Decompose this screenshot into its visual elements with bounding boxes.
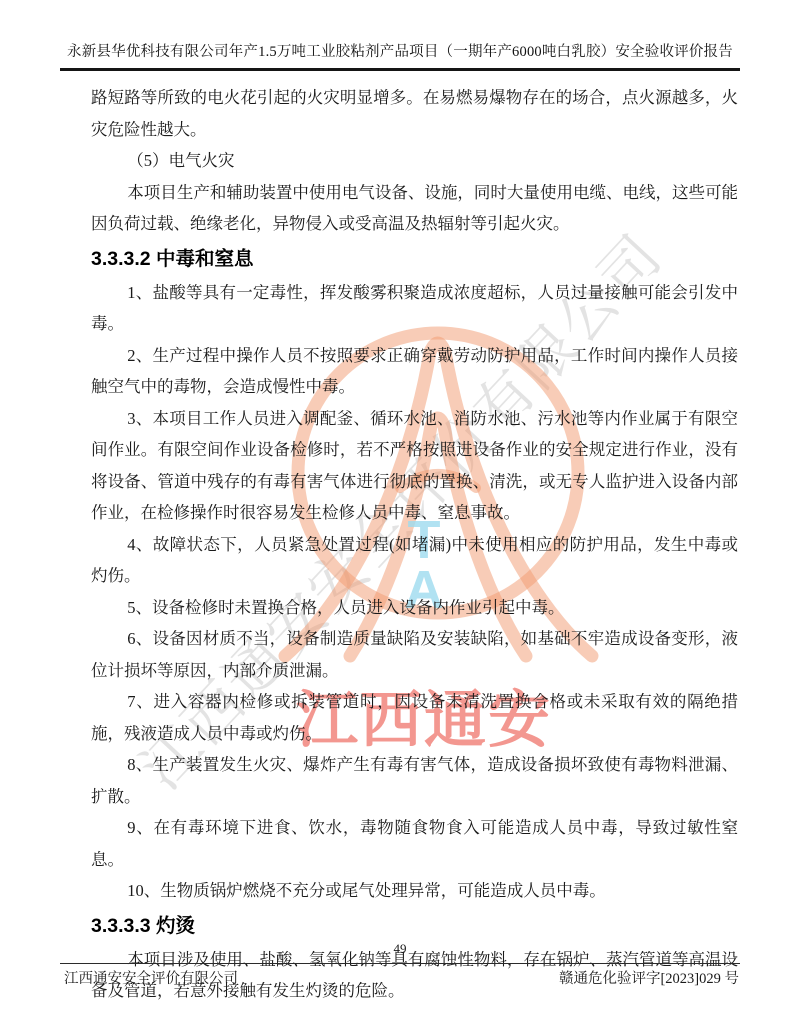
paragraph: 5、设备检修时未置换合格，人员进入设备内作业引起中毒。 (91, 592, 738, 624)
document-page: 江西通安安全评价有限公司 T A 江西通安 永新县华优科技有限公司年产1.5万吨… (0, 0, 800, 1035)
paragraph: 路短路等所致的电火花引起的火灾明显增多。在易燃易爆物存在的场合，点火源越多，火灾… (91, 82, 738, 145)
section-heading-3332: 3.3.3.2 中毒和窒息 (91, 243, 738, 275)
paragraph: 6、设备因材质不当，设备制造质量缺陷及安装缺陷，如基础不牢造成设备变形，液位计损… (91, 623, 738, 686)
footer-company: 江西通安安全评价有限公司 (64, 967, 238, 988)
paragraph: （5）电气火灾 (91, 145, 738, 177)
report-title: 永新县华优科技有限公司年产1.5万吨工业胶粘剂产品项目（一期年产6000吨白乳胶… (67, 44, 733, 60)
paragraph: 3、本项目工作人员进入调配釜、循环水池、消防水池、污水池等内作业属于有限空间作业… (91, 403, 738, 529)
footer-doc-number: 赣通危化验评字[2023]029 号 (559, 967, 739, 988)
document-body: 路短路等所致的电火花引起的火灾明显增多。在易燃易爆物存在的场合，点火源越多，火灾… (91, 82, 738, 1007)
paragraph: 2、生产过程中操作人员不按照要求正确穿戴劳动防护用品，工作时间内操作人员接触空气… (91, 340, 738, 403)
paragraph: 7、进入容器内检修或拆装管道时，因设备未清洗置换合格或未采取有效的隔绝措施，残液… (91, 686, 738, 749)
page-header: 永新县华优科技有限公司年产1.5万吨工业胶粘剂产品项目（一期年产6000吨白乳胶… (60, 40, 740, 71)
paragraph: 本项目生产和辅助装置中使用电气设备、设施，同时大量使用电缆、电线，这些可能因负荷… (91, 177, 738, 240)
paragraph: 9、在有毒环境下进食、饮水，毒物随食物食入可能造成人员中毒，导致过敏性窒息。 (91, 812, 738, 875)
paragraph: 1、盐酸等具有一定毒性，挥发酸雾积聚造成浓度超标，人员过量接触可能会引发中毒。 (91, 277, 738, 340)
footer-divider (60, 963, 740, 964)
paragraph: 10、生物质锅炉燃烧不充分或尾气处理异常，可能造成人员中毒。 (91, 875, 738, 907)
paragraph: 8、生产装置发生火灾、爆炸产生有毒有害气体，造成设备损坏致使有毒物料泄漏、扩散。 (91, 749, 738, 812)
paragraph: 4、故障状态下，人员紧急处置过程(如堵漏)中未使用相应的防护用品，发生中毒或灼伤… (91, 529, 738, 592)
page-footer: 江西通安安全评价有限公司 赣通危化验评字[2023]029 号 (64, 967, 739, 988)
page-number: 49 (0, 941, 800, 957)
section-heading-3333: 3.3.3.3 灼烫 (91, 910, 738, 942)
